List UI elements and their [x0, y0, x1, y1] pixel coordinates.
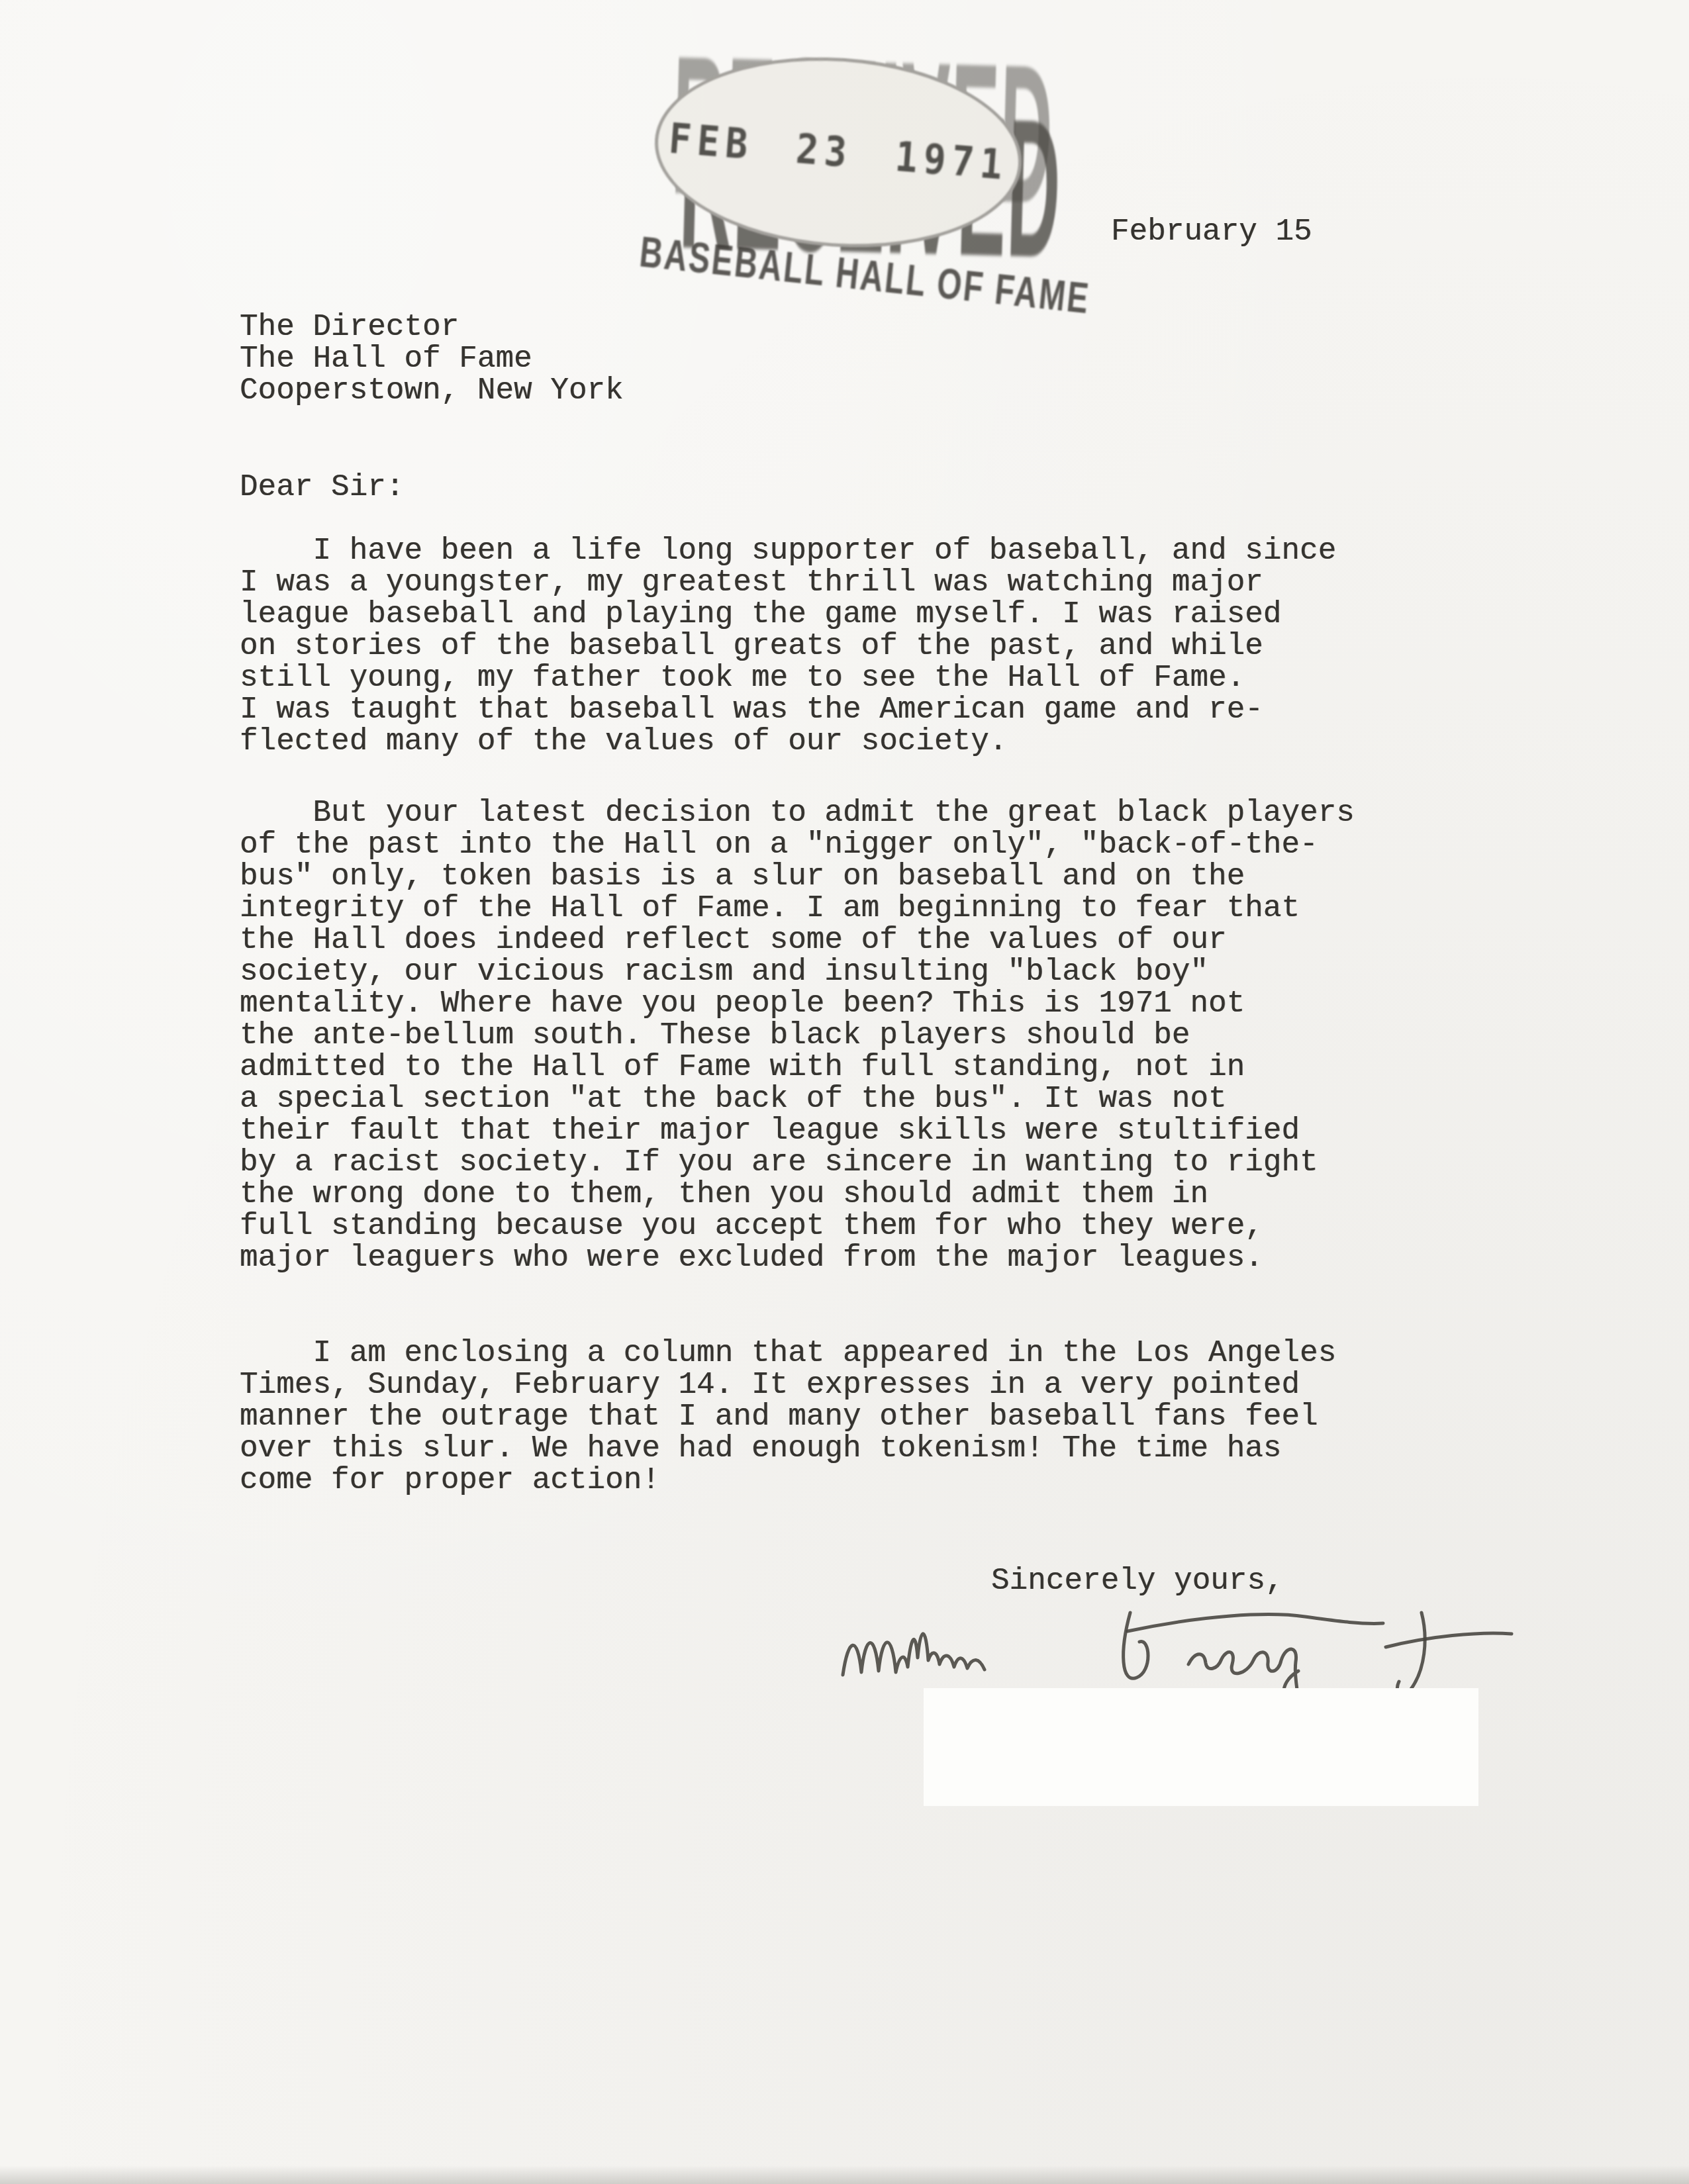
scanned-letter-page: RECEIVED RECEIVED FEB 23 1971 BASEBALL H… [0, 0, 1689, 2184]
salutation: Dear Sir: [240, 471, 404, 503]
redaction-patch [924, 1688, 1478, 1806]
paragraph-2: But your latest decision to admit the gr… [240, 797, 1355, 1274]
letter-date: February 15 [1111, 216, 1312, 248]
received-stamp: RECEIVED RECEIVED FEB 23 1971 BASEBALL H… [612, 14, 1083, 317]
paragraph-1: I have been a life long supporter of bas… [240, 535, 1336, 757]
recipient-address: The Director The Hall of Fame Cooperstow… [240, 311, 624, 406]
stamp-date-text: FEB 23 1971 [667, 115, 1010, 189]
paragraph-3: I am enclosing a column that appeared in… [240, 1337, 1336, 1496]
